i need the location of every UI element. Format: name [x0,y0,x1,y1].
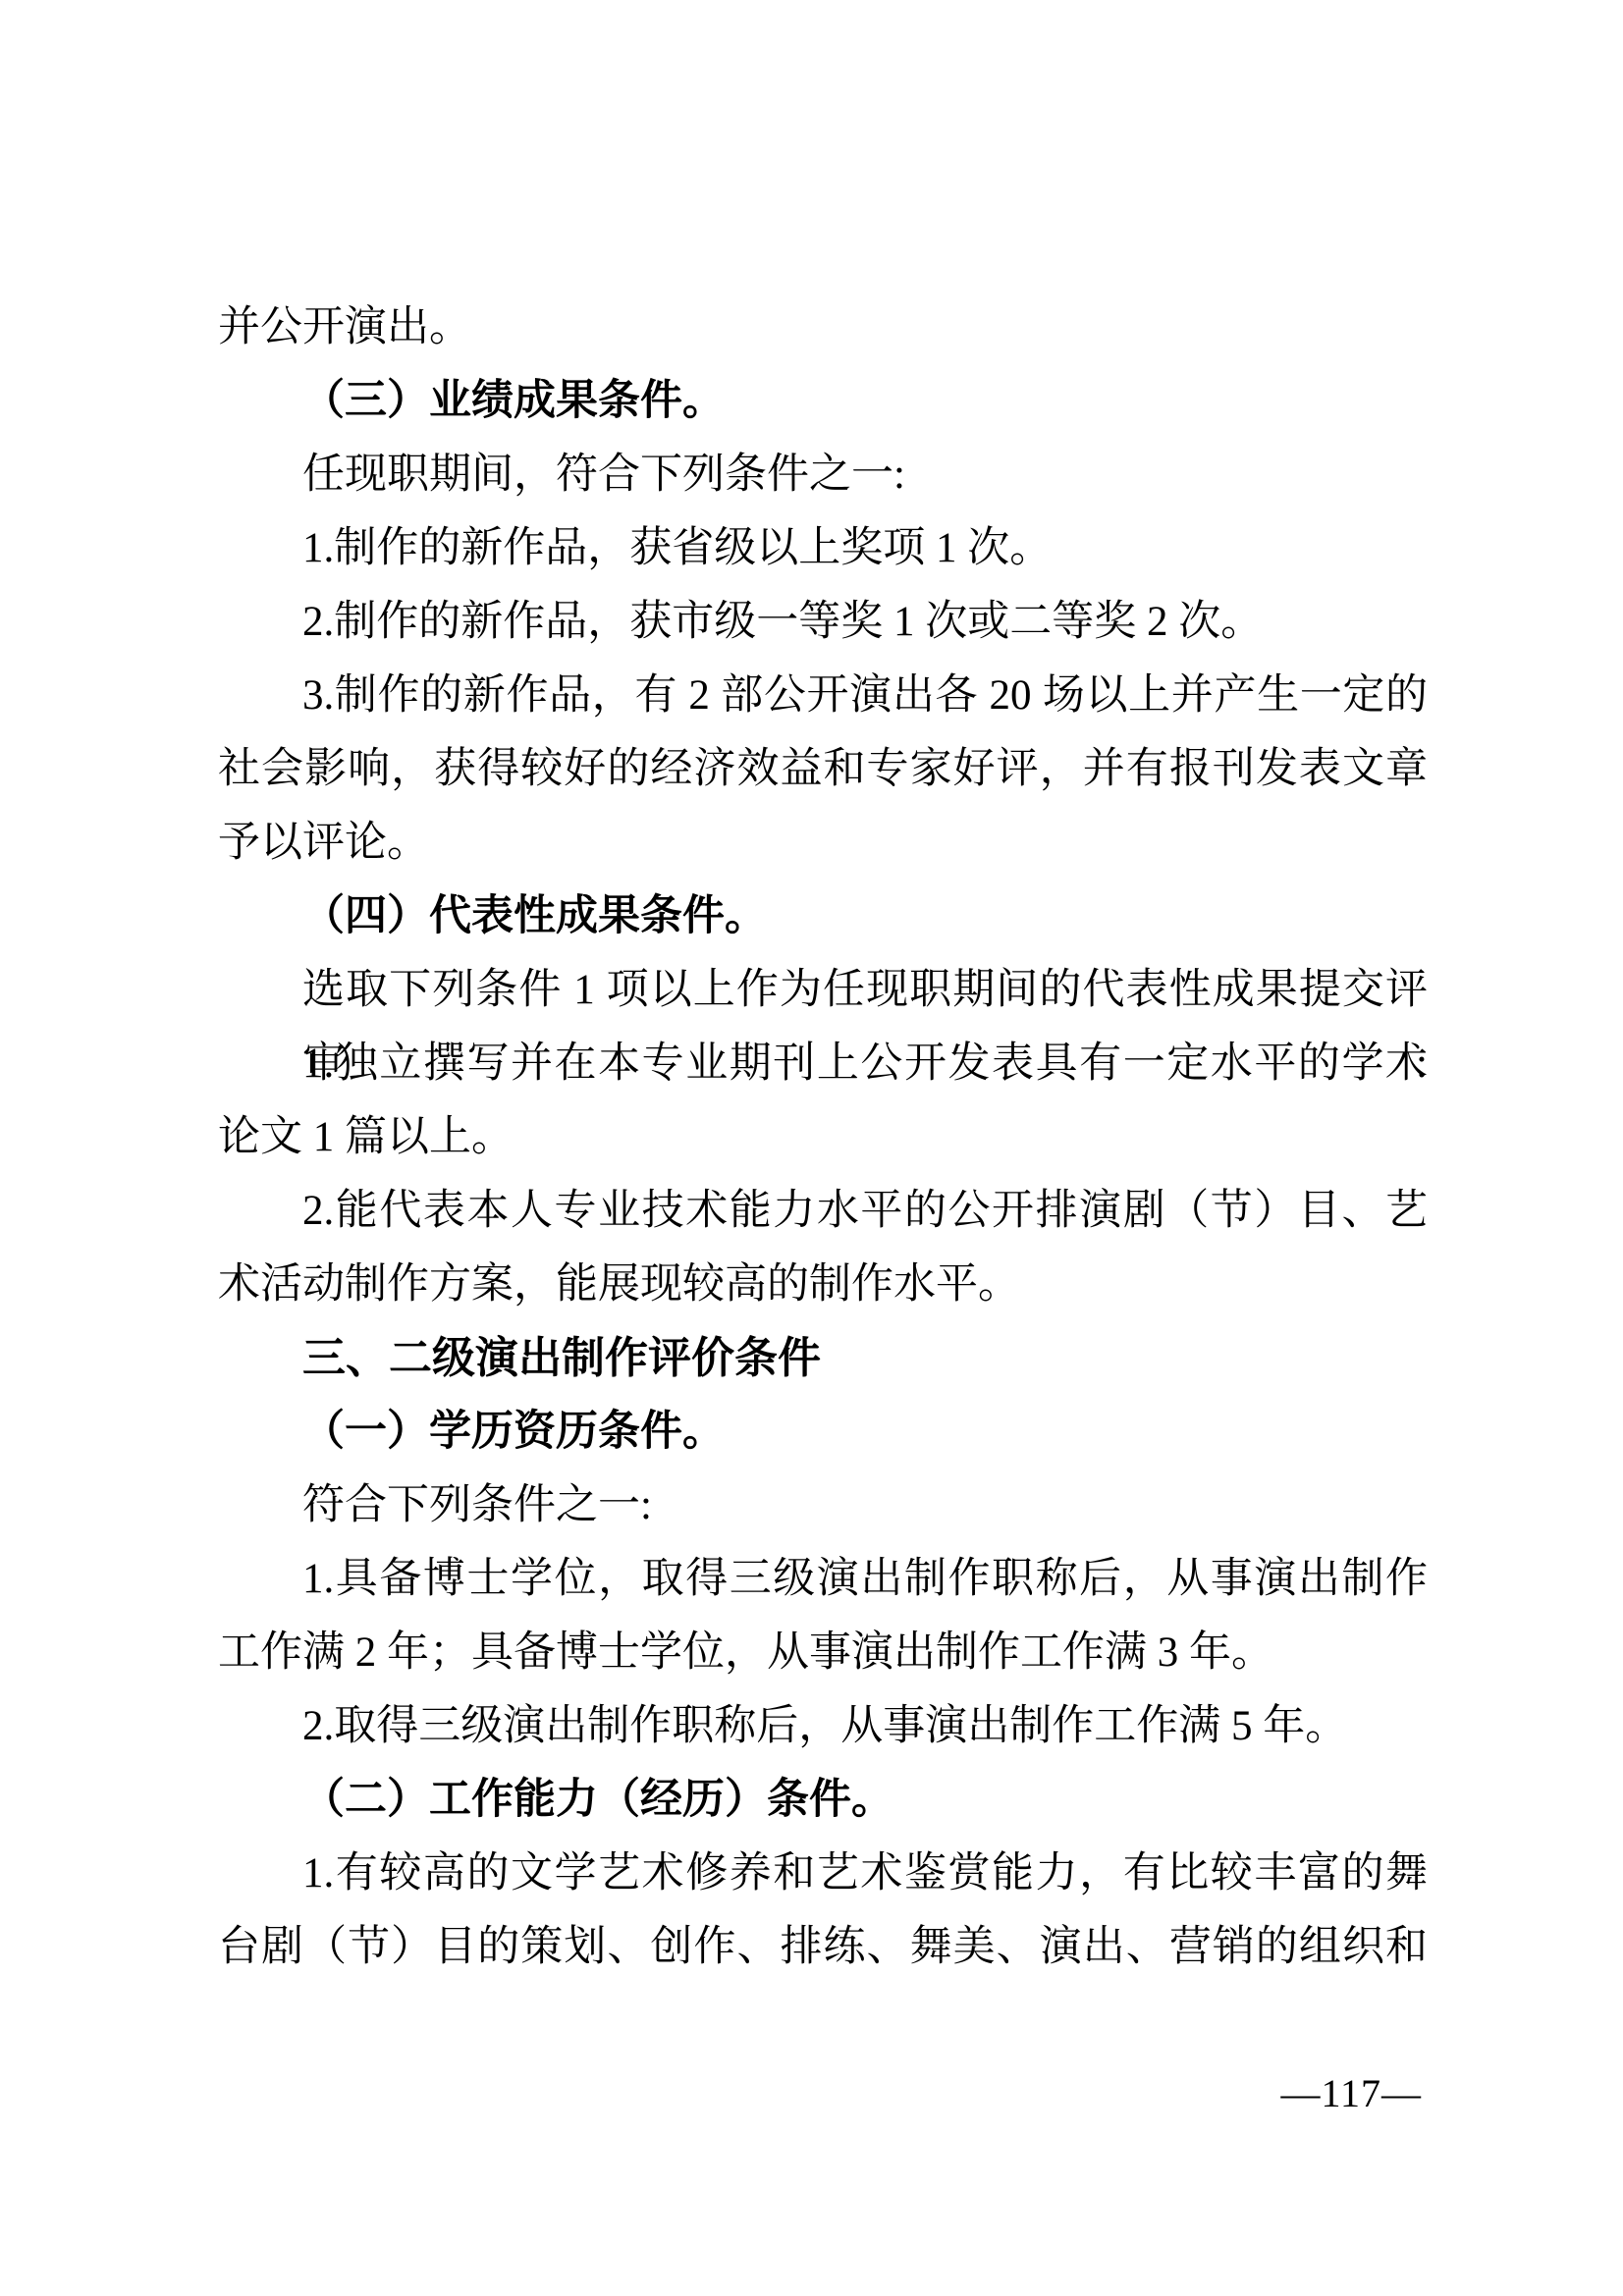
body-text-line: 1.独立撰写并在本专业期刊上公开发表具有一定水平的学术 [218,1027,1428,1100]
subsection-heading-representative-results: （四）代表性成果条件。 [218,880,1428,953]
body-text-line: 术活动制作方案，能展现较高的制作水平。 [218,1248,1428,1321]
document-body: 并公开演出。 （三）业绩成果条件。 任现职期间，符合下列条件之一: 1.制作的新… [218,291,1428,1984]
body-text-line: 2.取得三级演出制作职称后，从事演出制作工作满 5 年。 [218,1689,1428,1763]
page-number: —117— [1280,2069,1422,2118]
body-text-line: 3.制作的新作品，有 2 部公开演出各 20 场以上并产生一定的 [218,659,1428,732]
subsection-heading-performance-results: （三）业绩成果条件。 [218,364,1428,438]
document-page: 并公开演出。 （三）业绩成果条件。 任现职期间，符合下列条件之一: 1.制作的新… [0,0,1623,2296]
section-heading-level2-production: 三、二级演出制作评价条件 [218,1321,1428,1395]
body-text-line: 1.制作的新作品，获省级以上奖项 1 次。 [218,511,1428,585]
subsection-heading-work-ability: （二）工作能力（经历）条件。 [218,1763,1428,1837]
body-text-line: 2.制作的新作品，获市级一等奖 1 次或二等奖 2 次。 [218,585,1428,659]
subsection-heading-education-experience: （一）学历资历条件。 [218,1395,1428,1468]
body-text-line: 台剧（节）目的策划、创作、排练、舞美、演出、营销的组织和 [218,1910,1428,1984]
body-text-line: 任现职期间，符合下列条件之一: [218,438,1428,511]
body-text-line: 予以评论。 [218,806,1428,880]
body-text-line: 社会影响，获得较好的经济效益和专家好评，并有报刊发表文章 [218,732,1428,806]
body-text-line: 论文 1 篇以上。 [218,1100,1428,1174]
body-text-line: 1.有较高的文学艺术修养和艺术鉴赏能力，有比较丰富的舞 [218,1837,1428,1910]
body-text-line: 符合下列条件之一: [218,1468,1428,1542]
body-text-line: 并公开演出。 [218,291,1428,364]
body-text-line: 2.能代表本人专业技术能力水平的公开排演剧（节）目、艺 [218,1174,1428,1248]
body-text-line: 选取下列条件 1 项以上作为任现职期间的代表性成果提交评审: [218,953,1428,1027]
body-text-line: 1.具备博士学位，取得三级演出制作职称后，从事演出制作 [218,1542,1428,1616]
body-text-line: 工作满 2 年；具备博士学位，从事演出制作工作满 3 年。 [218,1616,1428,1689]
